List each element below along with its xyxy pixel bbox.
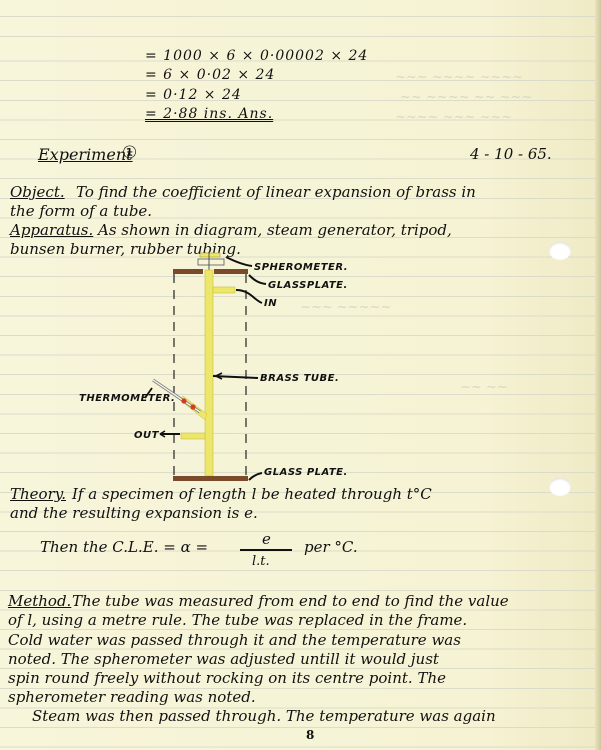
- formula-suffix: per °C.: [304, 538, 358, 556]
- label-in: IN: [264, 298, 277, 309]
- formula-prefix: Then the C.L.E. = α =: [40, 538, 208, 556]
- label-glass-plate-bottom: GLASS PLATE.: [264, 467, 348, 478]
- method-line-6: spherometer reading was noted.: [8, 688, 256, 706]
- fraction-bar: [240, 549, 292, 551]
- label-out: OUT: [134, 430, 159, 441]
- theory-line-1: If a specimen of length l be heated thro…: [72, 485, 432, 503]
- method-line-3: Cold water was passed through it and the…: [8, 631, 461, 649]
- method-line-2: of l, using a metre rule. The tube was r…: [8, 611, 467, 629]
- label-thermometer: THERMOMETER.: [79, 393, 175, 404]
- label-glass-plate-top: GLASSPLATE.: [268, 280, 348, 291]
- method-line-4: noted. The spherometer was adjusted unti…: [8, 650, 439, 668]
- method-line-5: spin round freely without rocking on its…: [8, 669, 446, 687]
- label-brass-tube: BRASS TUBE.: [260, 373, 339, 384]
- formula-fraction: e l.t.: [240, 530, 300, 574]
- page-number: 8: [306, 728, 314, 742]
- theory-label: Theory.: [10, 485, 66, 503]
- formula-denominator: l.t.: [252, 554, 270, 569]
- method-line-1: The tube was measured from end to end to…: [72, 592, 509, 610]
- label-spherometer: SPHEROMETER.: [254, 262, 348, 273]
- notebook-page: ~~~ ~~~~ ~~~~ ~~ ~~~~ ~~ ~~~ ~~~~ ~~~ ~~…: [0, 0, 601, 750]
- method-line-7: Steam was then passed through. The tempe…: [32, 707, 496, 725]
- theory-line-2: and the resulting expansion is e.: [10, 504, 258, 522]
- formula-numerator: e: [262, 530, 271, 548]
- method-label: Method.: [8, 592, 71, 610]
